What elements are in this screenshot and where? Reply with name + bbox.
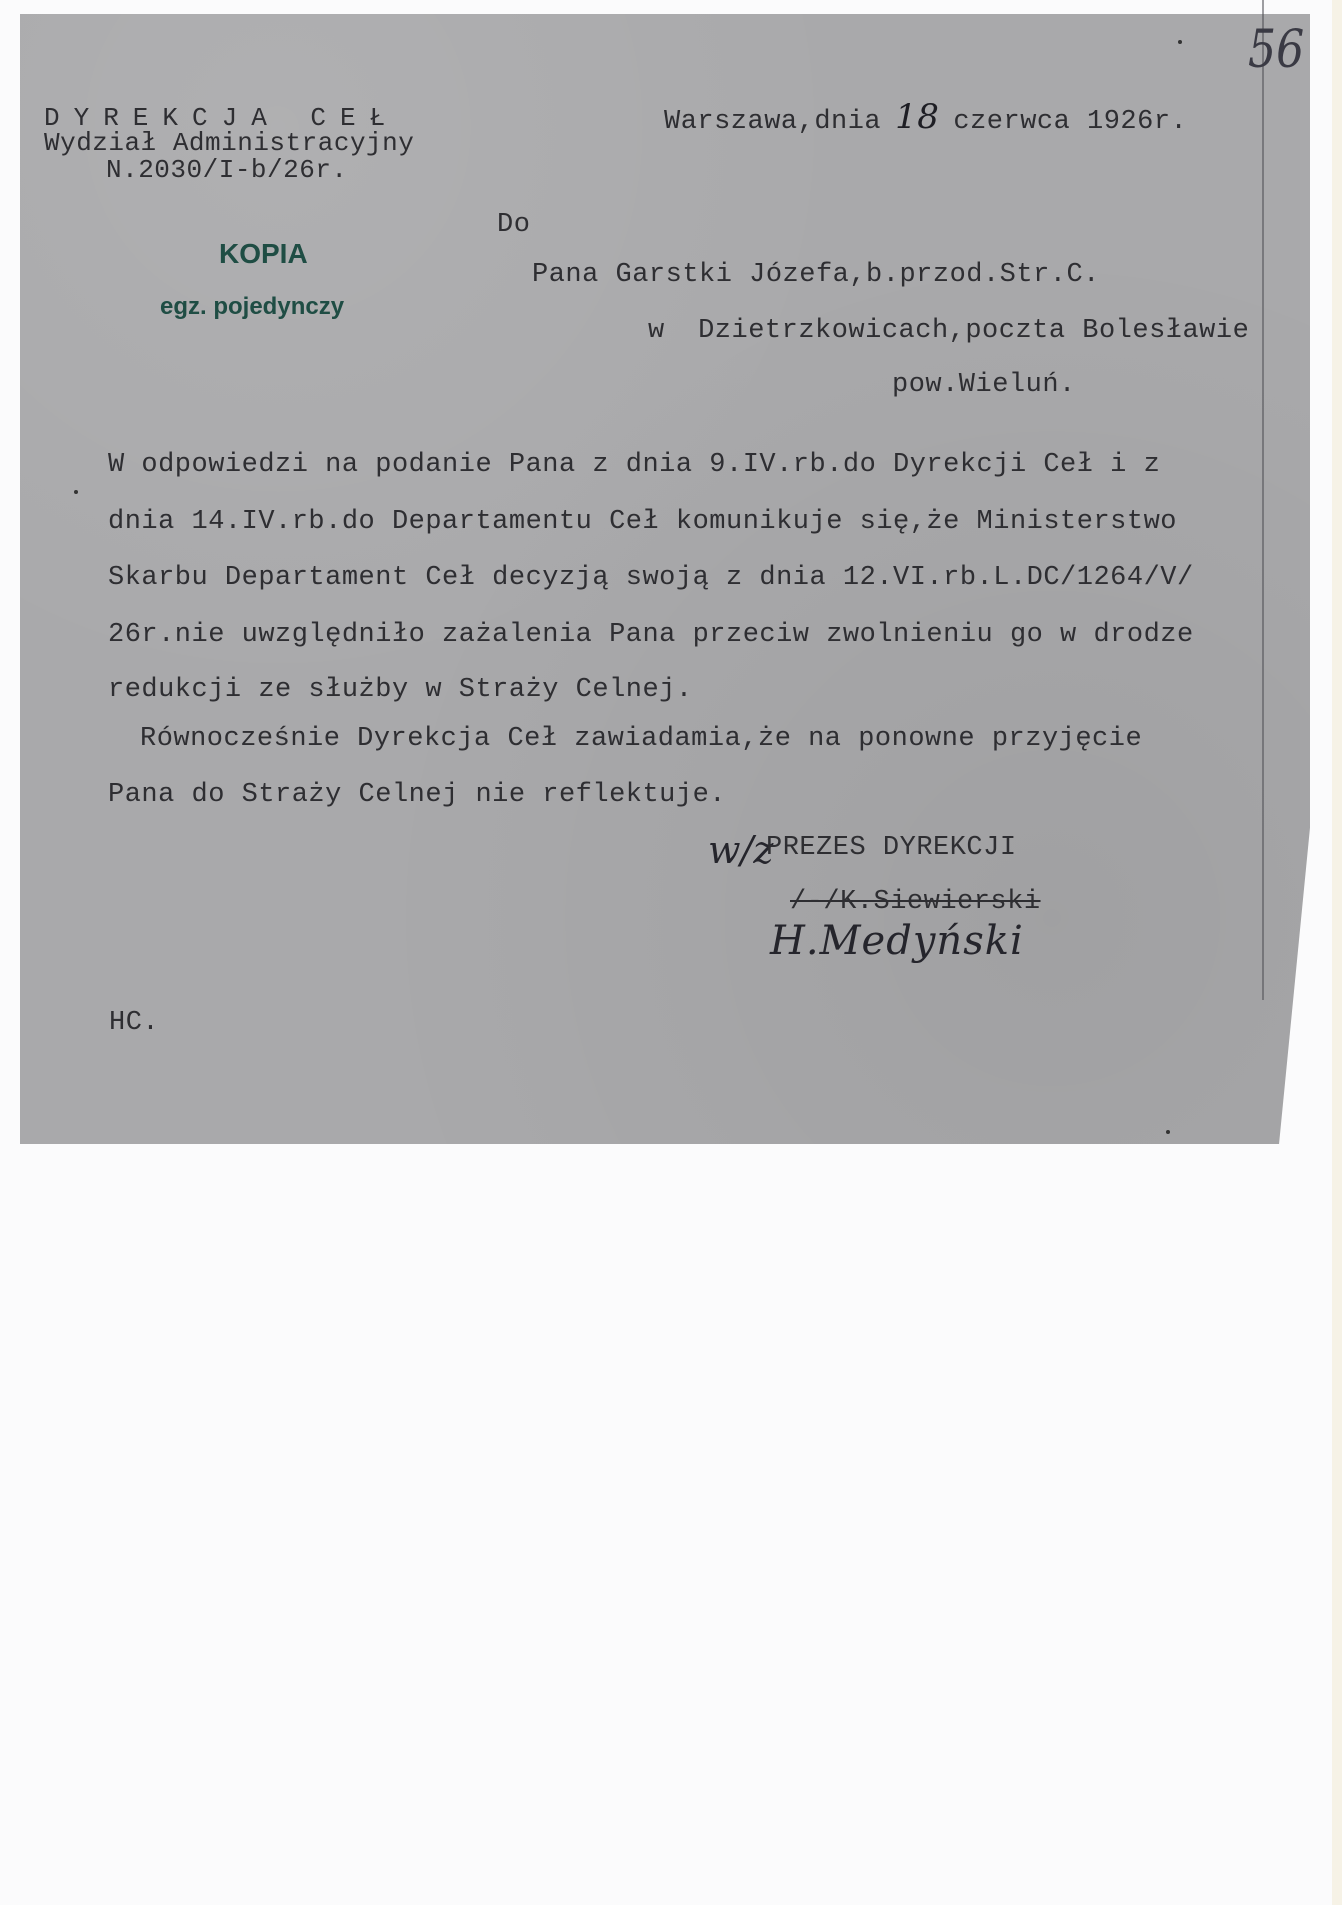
- recipient-name: Pana Garstki Józefa,b.przod.Str.C.: [532, 260, 1100, 290]
- body-line: dnia 14.IV.rb.do Departamentu Ceł komuni…: [108, 507, 1177, 537]
- recipient-district: pow.Wieluń.: [892, 370, 1076, 400]
- body-line: 26r.nie uwzględniło zażalenia Pana przec…: [108, 620, 1194, 650]
- place-date-suffix: czerwca 1926r.: [953, 107, 1187, 137]
- page-edge: [1332, 0, 1342, 1905]
- copy-stamp-subtitle: egz. pojedynczy: [160, 293, 344, 321]
- recipient-address: w Dzietrzkowicach,poczta Bolesławie: [648, 316, 1249, 346]
- handwritten-signature: H.Medyński: [770, 918, 1024, 964]
- page-number: 56: [1248, 20, 1304, 80]
- handwritten-day: 18: [895, 97, 939, 137]
- body-line: Pana do Straży Celnej nie reflektuje.: [108, 780, 726, 810]
- body-line: Skarbu Departament Ceł decyzją swoją z d…: [108, 563, 1194, 593]
- body-line: redukcji ze służby w Straży Celnej.: [108, 675, 693, 705]
- typist-initials: HC.: [109, 1008, 159, 1038]
- place-date-prefix: Warszawa,dnia: [664, 107, 881, 137]
- speck: [74, 490, 78, 494]
- recipient-to-label: Do: [497, 210, 530, 240]
- fold-line: [1262, 0, 1264, 1000]
- body-line: W odpowiedzi na podanie Pana z dnia 9.IV…: [108, 450, 1160, 480]
- body-line: Równocześnie Dyrekcja Ceł zawiadamia,że …: [140, 724, 1142, 754]
- reference-number: N.2030/I-b/26r.: [106, 155, 348, 185]
- struck-signatory-name: /-/K.Siewierski: [790, 887, 1041, 917]
- department-name: Wydział Administracyjny: [44, 128, 414, 158]
- place-date: Warszawa,dnia18czerwca 1926r.: [664, 97, 1187, 137]
- handwritten-on-behalf-mark: w/z: [708, 828, 773, 872]
- copy-stamp-title: KOPIA: [219, 238, 308, 270]
- signatory-title: PREZES DYREKCJI: [766, 833, 1017, 863]
- speck: [1166, 1130, 1170, 1134]
- speck: [1178, 40, 1182, 44]
